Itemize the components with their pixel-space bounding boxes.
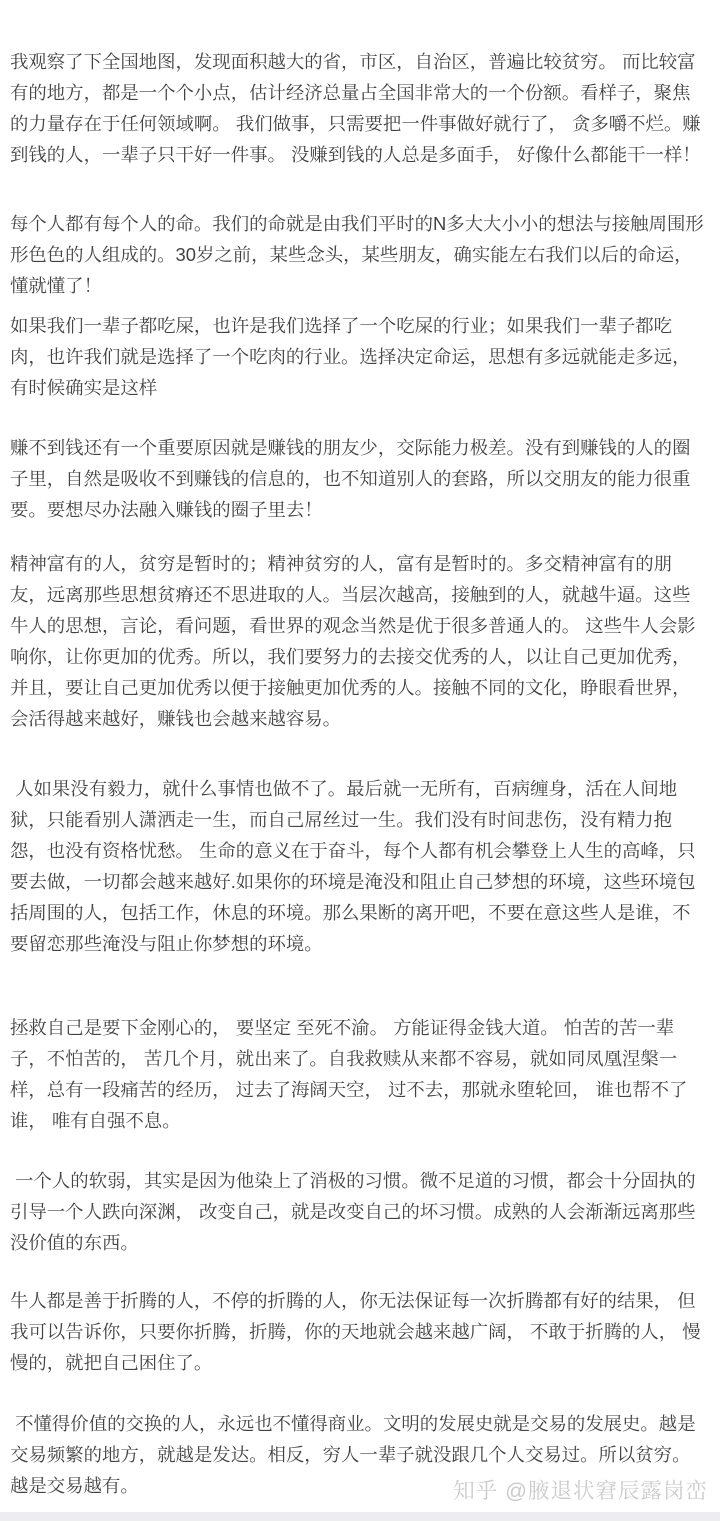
paragraph-6: 人如果没有毅力，就什么事情也做不了。最后就一无所有，百病缠身，活在人间地狱，只能… [10, 773, 707, 959]
paragraph-4: 赚不到钱还有一个重要原因就是赚钱的朋友少，交际能力极差。没有到赚钱的人的圈子里，… [10, 432, 707, 525]
zhihu-watermark: 知乎 @腋退状窘辰露岗峦 [453, 1474, 708, 1505]
paragraph-2: 每个人都有每个人的命。我们的命就是由我们平时的N多大大小小的想法与接触周围形形色… [10, 208, 707, 301]
paragraph-7: 拯救自己是要下金刚心的， 要坚定 至死不渝。 方能证得金钱大道。 怕苦的苦一辈子… [10, 1012, 707, 1136]
paragraph-5: 精神富有的人，贫穷是暂时的；精神贫穷的人，富有是暂时的。多交精神富有的朋友，远离… [10, 548, 707, 734]
article-body: 我观察了下全国地图，发现面积越大的省，市区，自治区，普遍比较贫穷。 而比较富有的… [0, 0, 720, 1501]
bottom-divider [0, 1512, 720, 1521]
paragraph-9: 牛人都是善于折腾的人，不停的折腾的人，你无法保证每一次折腾都有好的结果， 但我可… [10, 1285, 707, 1378]
paragraph-3: 如果我们一辈子都吃屎，也许是我们选择了一个吃屎的行业；如果我们一辈子都吃肉，也许… [10, 310, 707, 403]
paragraph-8: 一个人的软弱，其实是因为他染上了消极的习惯。微不足道的习惯，都会十分固执的引导一… [10, 1165, 707, 1258]
paragraph-1: 我观察了下全国地图，发现面积越大的省，市区，自治区，普遍比较贫穷。 而比较富有的… [10, 46, 707, 170]
